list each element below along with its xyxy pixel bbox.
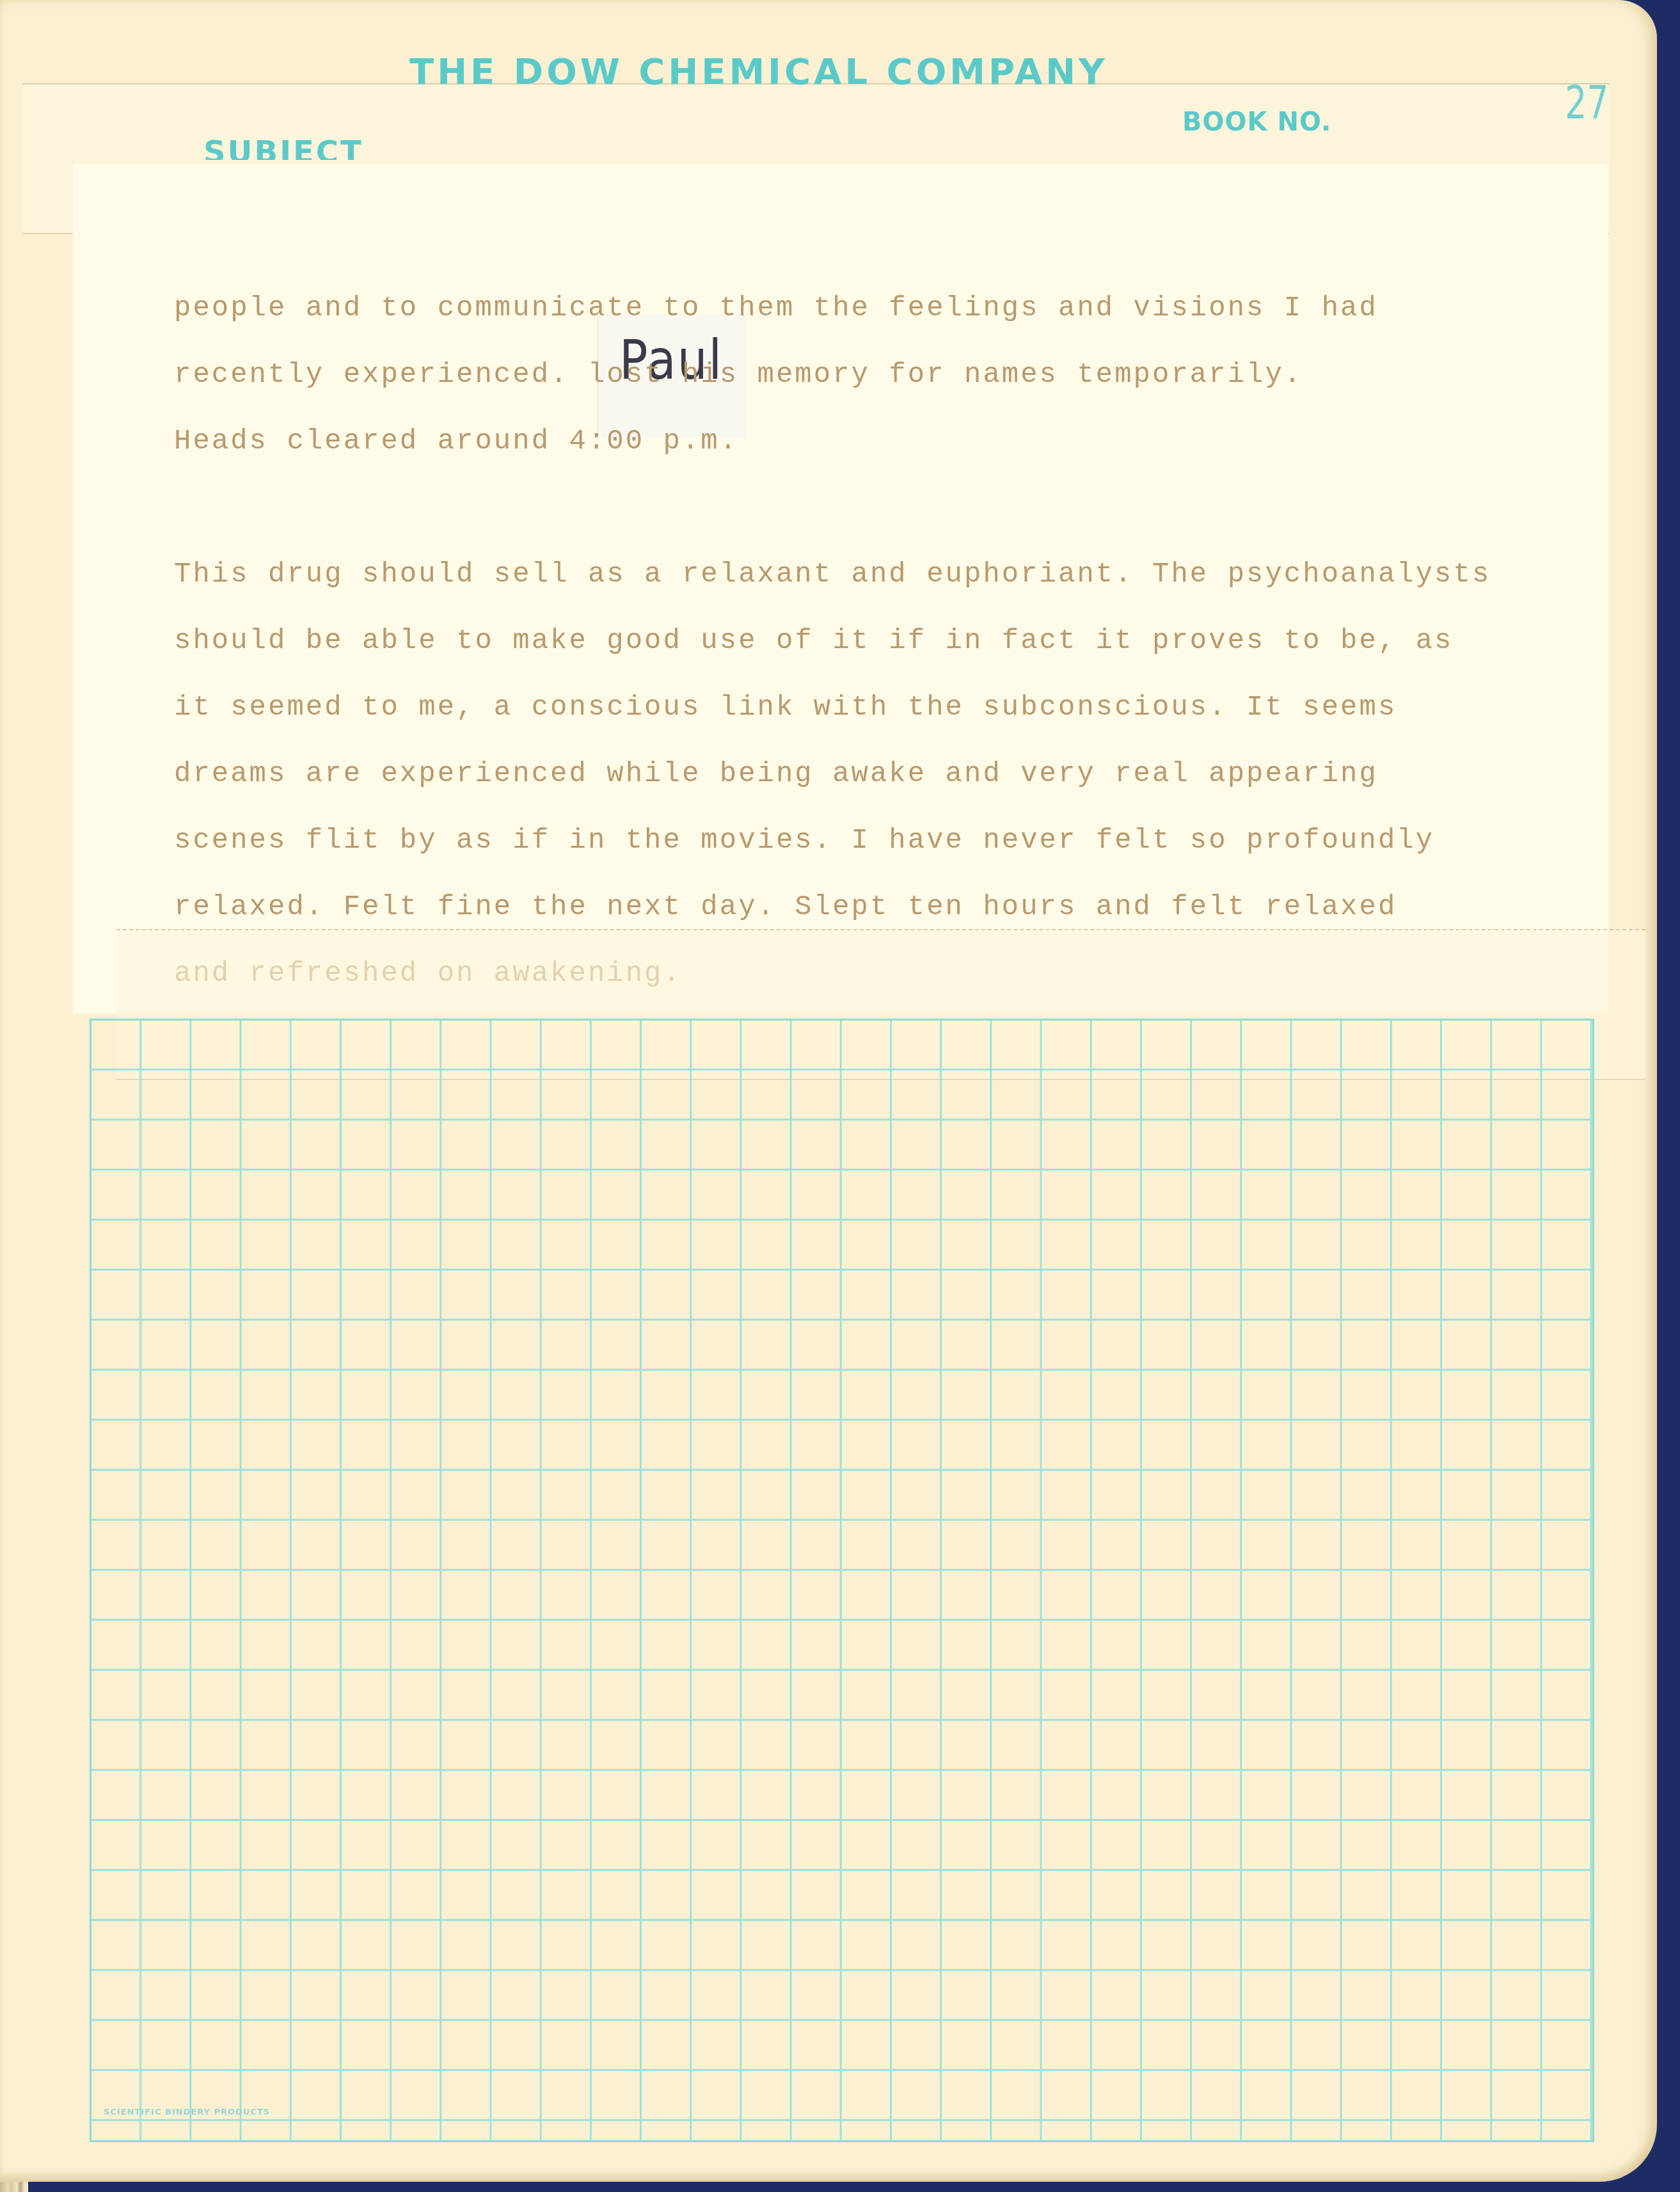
notebook-page: THE DOW CHEMICAL COMPANY BOOK NO. SUBJEC…	[0, 0, 1657, 2182]
text-line: recently experienced. lost his memory fo…	[174, 342, 1607, 408]
bindery-imprint: SCIENTIFIC BINDERY PRODUCTS	[104, 2108, 270, 2117]
typed-text: people and to communicate to them the fe…	[174, 275, 1607, 1007]
subject-label: SUBJECT	[203, 133, 363, 160]
text-line: people and to communicate to them the fe…	[174, 275, 1607, 342]
graph-paper-grid	[90, 1019, 1594, 2142]
book-no-label: BOOK NO.	[1182, 107, 1331, 137]
text-line: scenes flit by as if in the movies. I ha…	[174, 807, 1607, 874]
text-line: dreams are experienced while being awake…	[174, 741, 1607, 807]
company-header: THE DOW CHEMICAL COMPANY	[409, 51, 1267, 93]
text-line: Heads cleared around 4:00 p.m.	[174, 408, 1607, 475]
page-number: 27	[1565, 75, 1609, 129]
text-line: it seemed to me, a conscious link with t…	[174, 674, 1607, 741]
text-line: This drug should sell as a relaxant and …	[174, 541, 1607, 608]
text-line: should be able to make good use of it if…	[174, 608, 1607, 674]
